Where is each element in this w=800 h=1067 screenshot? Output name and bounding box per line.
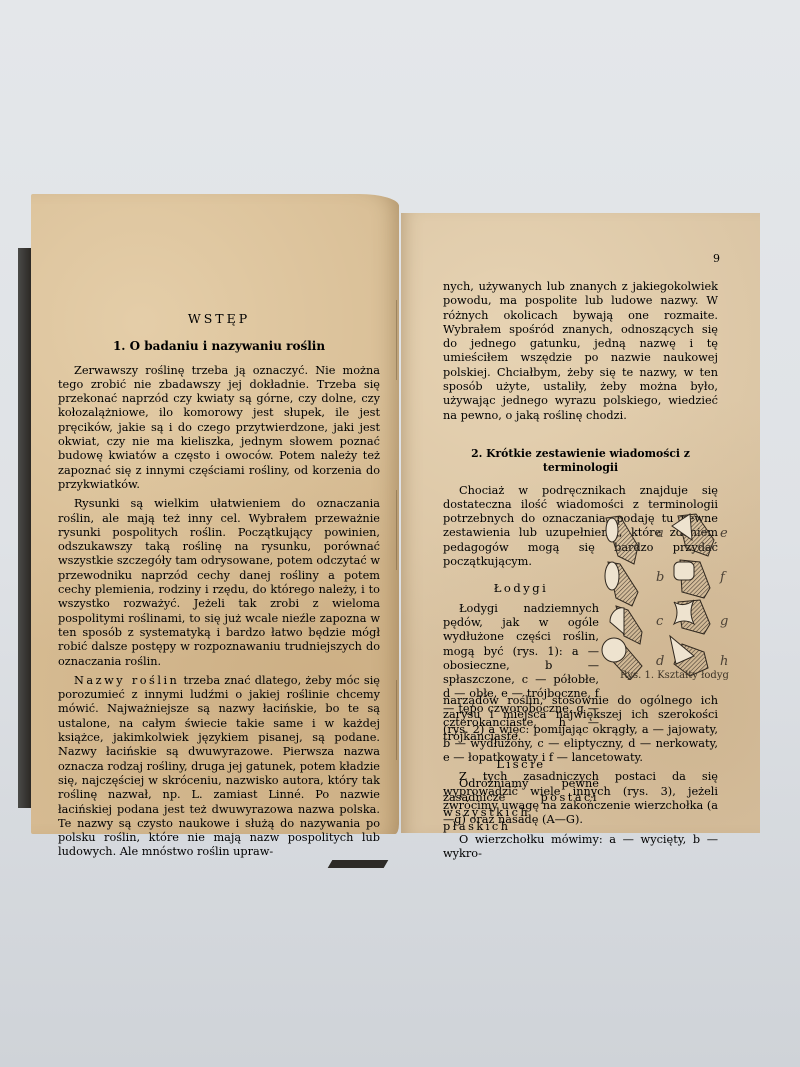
binding-stitch [396, 490, 401, 570]
section-title: 2. Krótkie zestawienie wiadomości z term… [443, 447, 718, 476]
paragraph: Z tych zasadniczych postaci da się wypro… [443, 770, 718, 827]
left-page-content: WSTĘP 1. O badaniu i nazywaniu roślin Ze… [58, 312, 380, 860]
spaced-term: Nazwy roślin [74, 674, 179, 687]
paragraph: narządów roślin, stosownie do ogólnego i… [443, 694, 718, 765]
spine-corner [328, 860, 389, 868]
section-title: 1. O badaniu i nazywaniu roślin [58, 339, 380, 353]
page-number: 9 [713, 252, 720, 265]
binding-stitch [396, 680, 401, 760]
subheading-stems: Łodygi [443, 581, 599, 595]
right-page-lower-content: narządów roślin, stosownie do ogólnego i… [443, 694, 718, 861]
figure-label-h: h [720, 654, 728, 669]
figure-label-c: c [656, 614, 663, 629]
figure-label-g: g [720, 614, 728, 629]
figure-caption: Rys. 1. Kształty łodyg [620, 670, 729, 681]
binding-stitch [396, 300, 401, 380]
paragraph: Zerwawszy roślinę trzeba ją oznaczyć. Ni… [58, 364, 380, 493]
paragraph: O wierzchołku mówimy: a — wycięty, b — w… [443, 833, 718, 862]
figure-label-a: a [656, 526, 664, 541]
paragraph: Rysunki są wielkim ułatwieniem do oznacz… [58, 497, 380, 669]
figure-label-e: e [720, 526, 728, 541]
chapter-title: WSTĘP [58, 312, 380, 326]
paragraph: nych, używanych lub znanych z jakiegokol… [443, 280, 718, 423]
figure-label-d: d [656, 654, 664, 669]
paragraph: Nazwy roślin trzeba znać dlatego, żeby m… [58, 674, 380, 860]
figure-label-f: f [720, 570, 725, 585]
figure-label-b: b [656, 570, 664, 585]
